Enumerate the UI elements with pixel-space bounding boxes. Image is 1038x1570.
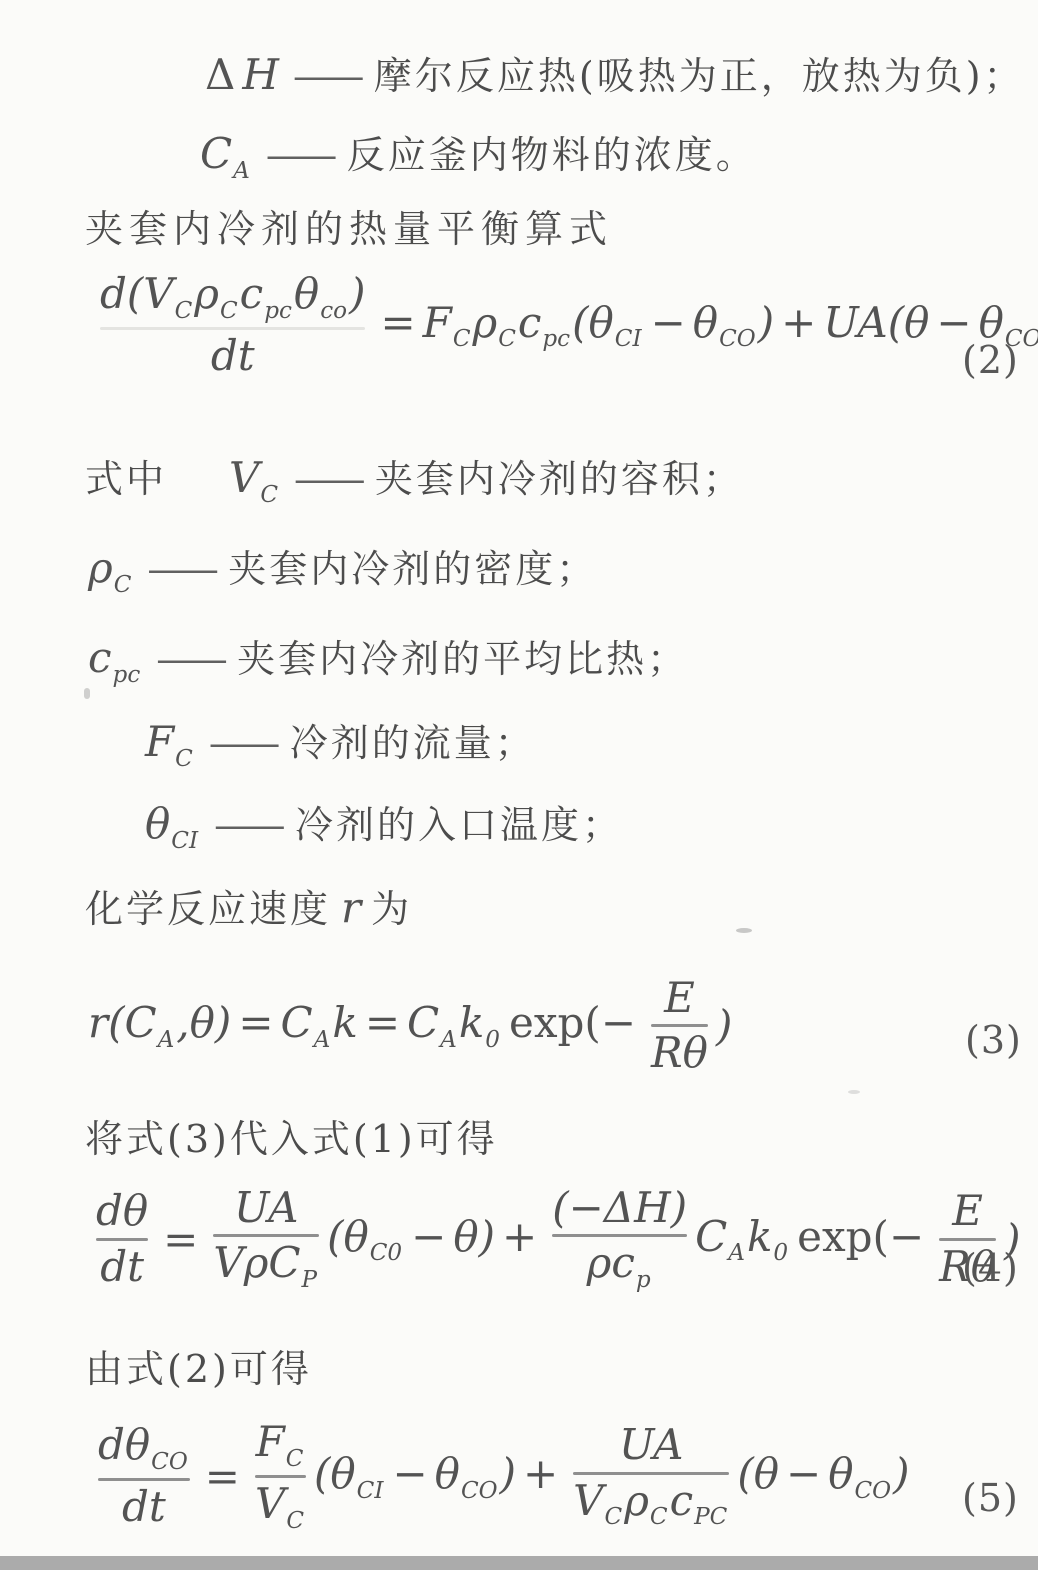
math-variable: C <box>281 998 313 1047</box>
math-variable: (θ <box>888 298 930 347</box>
math-variable: c <box>670 1476 694 1525</box>
math-operator: + <box>495 1212 544 1261</box>
math-variable: θ <box>693 298 718 347</box>
math-subscript: CI <box>356 1478 386 1504</box>
math-variable: F <box>145 717 174 766</box>
math-fraction: (−ΔH)ρcp <box>552 1186 687 1292</box>
definition-dash: —— <box>262 133 337 177</box>
math-variable: θ <box>828 1449 853 1498</box>
math-variable: C <box>200 129 232 178</box>
scan-artifact <box>736 928 752 933</box>
where-desc-thetaci: 冷剂的入口温度； <box>295 794 623 849</box>
math-operator: − <box>404 1212 453 1261</box>
math-group: CAk0exp(− <box>695 1212 931 1267</box>
math-group: dt <box>100 1245 144 1289</box>
definition-term-delta-h: ΔH <box>198 50 279 99</box>
math-operator: exp(− <box>502 998 643 1047</box>
definition-dash: —— <box>143 547 218 591</box>
math-group: VρCP <box>213 1241 319 1292</box>
math-group: d(VCρCcpcθco) <box>100 272 365 323</box>
math-subscript: pc <box>541 326 572 352</box>
math-group: ρC <box>88 543 133 598</box>
math-group: dt <box>122 1485 166 1529</box>
math-variable: c <box>88 633 112 682</box>
equation-2: d(VCρCcpcθco)dt=FCρCcpc(θCI−θCO)+UA(θ−θC… <box>92 272 1038 378</box>
math-operator: = <box>198 1452 247 1501</box>
fraction-bar <box>552 1234 687 1237</box>
math-group: VC <box>229 453 280 508</box>
math-variable: ) <box>716 1001 732 1050</box>
rate-suffix: 为 <box>371 878 412 933</box>
math-group: ) <box>716 1001 732 1050</box>
math-operator: exp(− <box>790 1212 931 1261</box>
math-group: UA <box>619 1423 683 1467</box>
equation-3-number: (3) <box>965 1018 1022 1062</box>
math-operator: − <box>779 1449 828 1498</box>
math-fraction: dθdt <box>96 1189 148 1288</box>
fraction-numerator: E <box>952 1189 983 1233</box>
fraction-denominator: VρCP <box>213 1241 319 1292</box>
math-group: Rθ <box>651 1031 708 1075</box>
math-operator: + <box>774 298 823 347</box>
math-variable: V <box>143 269 173 318</box>
math-variable: dt <box>211 331 255 380</box>
math-fraction: FCVC <box>255 1420 306 1533</box>
reaction-rate-sentence: 化学反应速度 r 为 <box>85 878 412 933</box>
where-definition-line-fc: FC —— 冷剂的流量； <box>145 712 536 772</box>
where-desc-cpc: 夹套内冷剂的平均比热； <box>237 628 688 683</box>
math-variable: (θ <box>327 1212 369 1261</box>
math-operator: = <box>156 1215 205 1264</box>
page-content: ΔH —— 摩尔反应热(吸热为正，放热为负)； CA —— 反应釜内物料的浓度。… <box>0 0 1038 1570</box>
scan-bottom-edge <box>0 1556 1038 1570</box>
definition-line-delta-h: ΔH —— 摩尔反应热(吸热为正，放热为负)； <box>198 45 1025 100</box>
math-subscript: C <box>452 326 473 352</box>
math-subscript: 0 <box>484 1027 502 1053</box>
math-group: =FCρCcpc(θCI−θCO)+UA(θ−θCO) <box>373 298 1038 353</box>
math-operator: − <box>385 1449 434 1498</box>
math-operator: = <box>231 998 280 1047</box>
heading-text: 夹套内冷剂的热量平衡算式 <box>85 198 613 253</box>
fraction-bar <box>573 1472 729 1475</box>
math-group: FC <box>145 717 195 772</box>
math-variable: V <box>573 1476 603 1525</box>
math-variable: k <box>747 1212 772 1261</box>
math-variable: UA <box>234 1183 298 1232</box>
math-group: UA <box>234 1186 298 1230</box>
math-variable: ρ <box>472 298 497 347</box>
math-subscript: C <box>174 298 195 324</box>
substitution-sentence: 将式(3)代入式(1)可得 <box>85 1108 498 1163</box>
math-variable: θ <box>145 799 170 848</box>
where-desc-rhoc: 夹套内冷剂的密度； <box>228 538 597 593</box>
math-subscript: C <box>497 326 518 352</box>
fraction-numerator: E <box>664 976 695 1020</box>
substitution-text: 将式(3)代入式(1)可得 <box>85 1108 498 1163</box>
math-group: FC <box>256 1420 306 1471</box>
math-group: cpc <box>88 633 142 688</box>
math-variable: c <box>518 298 542 347</box>
math-variable: ,θ) <box>176 998 231 1047</box>
fraction-numerator: (−ΔH) <box>552 1186 687 1230</box>
math-variable: dθ <box>98 1420 150 1469</box>
math-variable: E <box>664 973 695 1022</box>
math-variable: ) <box>349 269 365 318</box>
math-operator: = <box>373 298 422 347</box>
where-definition-line-cpc: cpc —— 夹套内冷剂的平均比热； <box>88 628 688 688</box>
math-subscript: CO <box>150 1449 190 1475</box>
fraction-denominator: Rθ <box>651 1031 708 1075</box>
math-group: θCI <box>145 799 200 854</box>
math-operator: Δ <box>198 50 242 99</box>
equation-5: dθCOdt=FCVC(θCI−θCO)+UAVCρCcPC(θ−θCO) <box>90 1420 909 1533</box>
math-fraction: UAVCρCcPC <box>573 1423 729 1529</box>
math-variable: θ <box>294 269 319 318</box>
fraction-denominator: dt <box>122 1485 166 1529</box>
math-variable: ρ <box>88 543 113 592</box>
math-subscript: P <box>301 1267 320 1293</box>
math-variable: (θ <box>314 1449 356 1498</box>
math-group: VC <box>255 1482 306 1533</box>
math-fraction: ERθ <box>651 976 708 1075</box>
math-variable: V <box>229 453 259 502</box>
definition-dash: —— <box>289 54 364 98</box>
fraction-bar <box>651 1024 708 1027</box>
rate-prefix: 化学反应速度 <box>85 878 331 933</box>
math-group: r(CA,θ)=CAk=CAk0exp(− <box>88 998 643 1053</box>
math-subscript: C0 <box>369 1240 404 1266</box>
math-group: (θCI−θCO)+ <box>314 1449 565 1504</box>
math-subscript: C <box>219 298 240 324</box>
math-subscript: A <box>157 1027 177 1053</box>
math-subscript: pc <box>112 662 143 688</box>
math-variable: ρc <box>587 1238 635 1287</box>
math-subscript: CO <box>853 1478 893 1504</box>
definition-desc-ca: 反应釜内物料的浓度。 <box>347 124 757 179</box>
fraction-bar <box>98 1478 190 1481</box>
math-group: CA <box>200 129 252 184</box>
math-operator: + <box>516 1449 565 1498</box>
math-group: (θC0−θ)+ <box>327 1212 544 1267</box>
math-subscript: pc <box>263 298 294 324</box>
math-variable: H <box>242 50 279 99</box>
math-subscript: A <box>232 158 252 184</box>
math-variable: ρ <box>194 269 219 318</box>
math-operator: = <box>358 998 407 1047</box>
math-subscript: p <box>635 1267 653 1293</box>
math-variable: ) <box>500 1449 516 1498</box>
fraction-bar <box>213 1234 319 1237</box>
where-desc-fc: 冷剂的流量； <box>290 712 536 767</box>
math-group: E <box>952 1189 983 1233</box>
fraction-numerator: UA <box>619 1423 683 1467</box>
math-group: dt <box>211 334 255 378</box>
math-variable: V <box>255 1479 285 1528</box>
fraction-denominator: dt <box>211 334 255 378</box>
math-subscript: A <box>727 1240 747 1266</box>
fraction-bar <box>939 1238 996 1241</box>
math-group: ρcp <box>587 1241 653 1292</box>
definition-dash: —— <box>210 803 285 847</box>
math-subscript: CO <box>718 326 758 352</box>
rate-variable-r: r <box>341 883 361 932</box>
equation-4: dθdt=UAVρCP(θC0−θ)+(−ΔH)ρcpCAk0exp(−ERθ) <box>88 1186 1020 1292</box>
where-definition-line-thetaci: θCI —— 冷剂的入口温度； <box>145 794 623 854</box>
math-group: = <box>156 1215 205 1264</box>
math-subscript: A <box>439 1027 459 1053</box>
fraction-numerator: d(VCρCcpcθco) <box>100 272 365 323</box>
fraction-denominator: VC <box>255 1482 306 1533</box>
math-variable: ρ <box>624 1476 649 1525</box>
where-definition-line-vc: 式中 VC —— 夹套内冷剂的容积； <box>85 448 744 508</box>
scan-artifact <box>848 1090 860 1094</box>
math-variable: C <box>407 998 439 1047</box>
math-variable: d( <box>100 269 143 318</box>
definition-dash: —— <box>205 721 280 765</box>
math-subscript: 0 <box>772 1240 790 1266</box>
scanned-paper-page: ΔH —— 摩尔反应热(吸热为正，放热为负)； CA —— 反应釜内物料的浓度。… <box>0 0 1038 1570</box>
definition-desc-delta-h: 摩尔反应热(吸热为正，放热为负)； <box>374 45 1025 100</box>
math-variable: UA <box>823 298 887 347</box>
math-subscript: C <box>285 1446 306 1472</box>
math-subscript: C <box>649 1504 670 1530</box>
math-fraction: UAVρCP <box>213 1186 319 1292</box>
math-subscript: A <box>313 1027 333 1053</box>
equation-3: r(CA,θ)=CAk=CAk0exp(−ERθ) <box>88 976 732 1075</box>
jacket-heat-balance-heading: 夹套内冷剂的热量平衡算式 <box>85 198 613 253</box>
from-equation-2-text: 由式(2)可得 <box>85 1338 312 1393</box>
math-group: = <box>198 1452 247 1501</box>
math-variable: F <box>423 298 452 347</box>
math-group: dθCO <box>98 1423 190 1474</box>
math-variable: Rθ <box>651 1028 708 1077</box>
math-variable: θ) <box>453 1212 495 1261</box>
fraction-numerator: FC <box>256 1420 306 1471</box>
math-subscript: C <box>174 746 195 772</box>
math-variable: (−ΔH) <box>552 1183 687 1232</box>
math-group: E <box>664 976 695 1020</box>
where-term-vc: VC <box>229 453 280 508</box>
equation-4-number: (4) <box>962 1246 1019 1290</box>
math-variable: VρC <box>213 1238 300 1287</box>
definition-term-ca: CA <box>200 129 252 184</box>
math-variable: UA <box>619 1420 683 1469</box>
where-definition-line-rhoc: ρC —— 夹套内冷剂的密度； <box>88 538 597 598</box>
math-variable: C <box>695 1212 727 1261</box>
math-subscript: PC <box>693 1504 729 1530</box>
math-variable: θ <box>435 1449 460 1498</box>
math-variable: (θ <box>737 1449 779 1498</box>
from-equation-2-sentence: 由式(2)可得 <box>85 1338 312 1393</box>
math-group: r <box>341 883 361 932</box>
fraction-denominator: dt <box>100 1245 144 1289</box>
where-term-fc: FC <box>145 717 195 772</box>
where-label: 式中 <box>85 448 167 503</box>
math-operator: − <box>644 298 693 347</box>
fraction-bar <box>255 1475 306 1478</box>
definition-dash: —— <box>290 457 365 501</box>
math-variable: E <box>952 1186 983 1235</box>
math-variable: dθ <box>96 1186 148 1235</box>
math-fraction: d(VCρCcpcθco)dt <box>100 272 365 378</box>
where-desc-vc: 夹套内冷剂的容积； <box>375 448 744 503</box>
fraction-bar <box>96 1238 148 1241</box>
where-term-thetaci: θCI <box>145 799 200 854</box>
math-subscript: CI <box>170 828 200 854</box>
definition-dash: —— <box>152 637 227 681</box>
fraction-numerator: UA <box>234 1186 298 1230</box>
math-variable: dt <box>122 1482 166 1531</box>
math-subscript: C <box>604 1504 625 1530</box>
fraction-numerator: dθCO <box>98 1423 190 1474</box>
where-term-rhoc: ρC <box>88 543 133 598</box>
equation-2-number: (2) <box>962 338 1019 382</box>
equation-5-number: (5) <box>962 1476 1019 1520</box>
math-subscript: co <box>319 298 349 324</box>
where-term-cpc: cpc <box>88 633 142 688</box>
math-group: VCρCcPC <box>573 1479 729 1530</box>
math-variable: k <box>459 998 484 1047</box>
math-group: ΔH <box>198 50 279 99</box>
definition-line-ca: CA —— 反应釜内物料的浓度。 <box>200 124 757 184</box>
math-group: (θ−θCO) <box>737 1449 909 1504</box>
math-subscript: CO <box>460 1478 500 1504</box>
math-subscript: C <box>259 482 280 508</box>
fraction-denominator: VCρCcPC <box>573 1479 729 1530</box>
math-variable: F <box>256 1417 285 1466</box>
fraction-bar <box>100 327 365 330</box>
fraction-numerator: dθ <box>96 1189 148 1233</box>
math-fraction: dθCOdt <box>98 1423 190 1529</box>
math-variable: dt <box>100 1242 144 1291</box>
math-group: dθ <box>96 1189 148 1233</box>
math-group: (−ΔH) <box>552 1186 687 1230</box>
fraction-denominator: ρcp <box>587 1241 653 1292</box>
math-subscript: C <box>285 1508 306 1534</box>
math-subscript: C <box>113 572 134 598</box>
math-variable: k <box>332 998 357 1047</box>
math-variable: c <box>240 269 264 318</box>
math-variable: ) <box>893 1449 909 1498</box>
math-variable: ) <box>758 298 774 347</box>
math-variable: (θ <box>572 298 614 347</box>
math-variable: r <box>341 883 361 932</box>
math-variable: r(C <box>88 998 157 1047</box>
scan-artifact <box>84 688 90 699</box>
math-subscript: CI <box>614 326 644 352</box>
